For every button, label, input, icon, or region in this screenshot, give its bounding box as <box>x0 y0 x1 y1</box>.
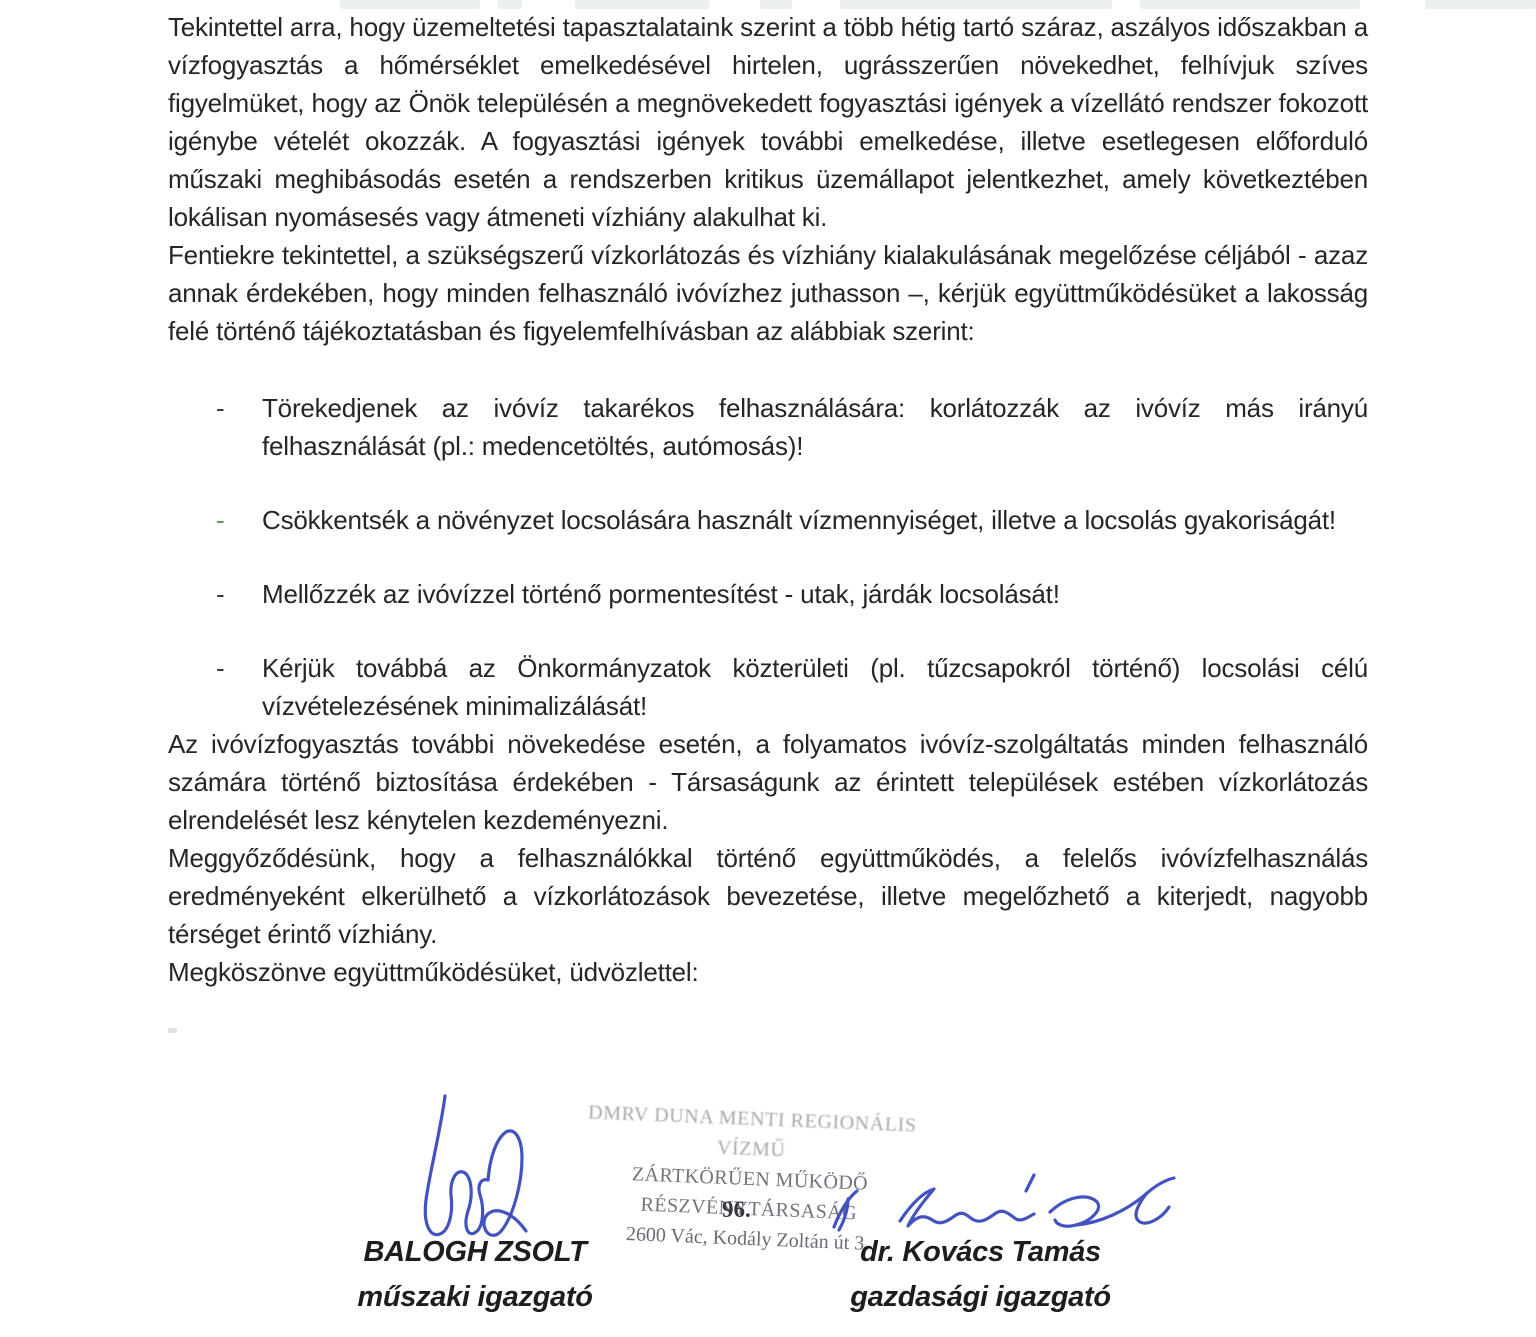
signatory-title-right: gazdasági igazgató <box>828 1281 1133 1313</box>
scan-speck <box>168 1028 177 1033</box>
bullet-list: - Törekedjenek az ivóvíz takarékos felha… <box>168 389 1368 725</box>
list-item: - Kérjük továbbá az Önkormányzatok közte… <box>168 649 1368 725</box>
signatory-title-left: műszaki igazgató <box>325 1281 625 1313</box>
dash-bullet-icon: - <box>216 649 224 687</box>
dash-bullet-icon: - <box>216 501 224 539</box>
bullet-text: Törekedjenek az ivóvíz takarékos felhasz… <box>262 393 1368 461</box>
dash-bullet-icon: - <box>216 389 224 427</box>
paragraph-warning: Az ivóvízfogyasztás további növekedése e… <box>168 725 1368 839</box>
stamp-number: 96. <box>722 1197 751 1223</box>
signoff-line: Megköszönve együttműködésüket, üdvözlett… <box>168 953 1368 991</box>
bullet-text: Kérjük továbbá az Önkormányzatok közterü… <box>262 653 1368 721</box>
paragraph-intro: Tekintettel arra, hogy üzemeltetési tapa… <box>168 8 1368 236</box>
dash-bullet-icon: - <box>216 575 224 613</box>
list-item: - Mellőzzék az ivóvízzel történő porment… <box>168 575 1368 613</box>
scan-artifact <box>1425 0 1536 9</box>
scanned-letter-page: Tekintettel arra, hogy üzemeltetési tapa… <box>0 0 1536 1337</box>
letter-body: Tekintettel arra, hogy üzemeltetési tapa… <box>168 8 1368 991</box>
list-item: - Törekedjenek az ivóvíz takarékos felha… <box>168 389 1368 465</box>
paragraph-conviction: Meggyőződésünk, hogy a felhasználókkal t… <box>168 839 1368 953</box>
handwritten-signature-left <box>405 1090 555 1256</box>
signatory-name-left: BALOGH ZSOLT <box>340 1236 610 1268</box>
bullet-text: Csökkentsék a növényzet locsolására hasz… <box>262 505 1336 535</box>
stamp-company-name: DMRV DUNA MENTI REGIONÁLIS VÍZMŰ <box>551 1096 953 1172</box>
list-item: - Csökkentsék a növényzet locsolására ha… <box>168 501 1368 539</box>
signatory-name-right: dr. Kovács Tamás <box>838 1236 1123 1268</box>
paragraph-request: Fentiekre tekintettel, a szükségszerű ví… <box>168 236 1368 350</box>
bullet-text: Mellőzzék az ivóvízzel történő pormentes… <box>262 579 1060 609</box>
